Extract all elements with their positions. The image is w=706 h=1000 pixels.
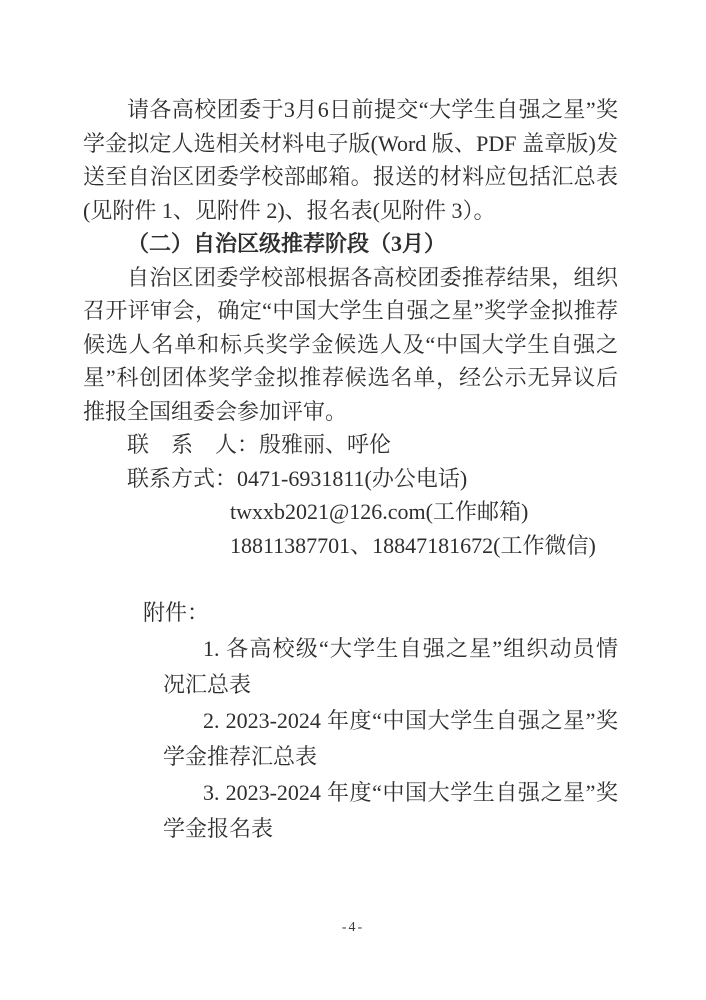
- contact-method-line: 联系方式：0471-6931811(办公电话): [83, 462, 618, 496]
- contact-phone-value: 0471-6931811(办公电话): [237, 466, 467, 491]
- contact-person-line: 联 系 人：殷雅丽、呼伦: [83, 428, 618, 462]
- document-body: 请各高校团委于3月6日前提交“大学生自强之星”奖学金拟定人选相关材料电子版(Wo…: [83, 93, 618, 847]
- attachments-label: 附件：: [143, 595, 618, 631]
- contact-person-label: 联 系 人：: [127, 432, 259, 457]
- contact-wechat-line: 18811387701、18847181672(工作微信): [230, 529, 618, 563]
- section-heading-regional-recommendation: （二）自治区级推荐阶段（3月）: [83, 227, 618, 261]
- contact-method-label: 联系方式：: [127, 466, 237, 491]
- page-number: -4-: [0, 920, 706, 936]
- contact-person-value: 殷雅丽、呼伦: [259, 432, 391, 457]
- attachment-item-1: 1. 各高校级“大学生自强之星”组织动员情况汇总表: [83, 631, 618, 703]
- paragraph-submission-requirements: 请各高校团委于3月6日前提交“大学生自强之星”奖学金拟定人选相关材料电子版(Wo…: [83, 93, 618, 227]
- attachment-item-2: 2. 2023-2024 年度“中国大学生自强之星”奖学金推荐汇总表: [83, 703, 618, 775]
- attachment-item-3: 3. 2023-2024 年度“中国大学生自强之星”奖学金报名表: [83, 775, 618, 847]
- document-page: 请各高校团委于3月6日前提交“大学生自强之星”奖学金拟定人选相关材料电子版(Wo…: [0, 0, 706, 1000]
- contact-email-line: twxxb2021@126.com(工作邮箱): [230, 495, 618, 529]
- paragraph-review-process: 自治区团委学校部根据各高校团委推荐结果，组织召开评审会，确定“中国大学生自强之星…: [83, 261, 618, 429]
- attachments-section: 附件： 1. 各高校级“大学生自强之星”组织动员情况汇总表 2. 2023-20…: [83, 595, 618, 847]
